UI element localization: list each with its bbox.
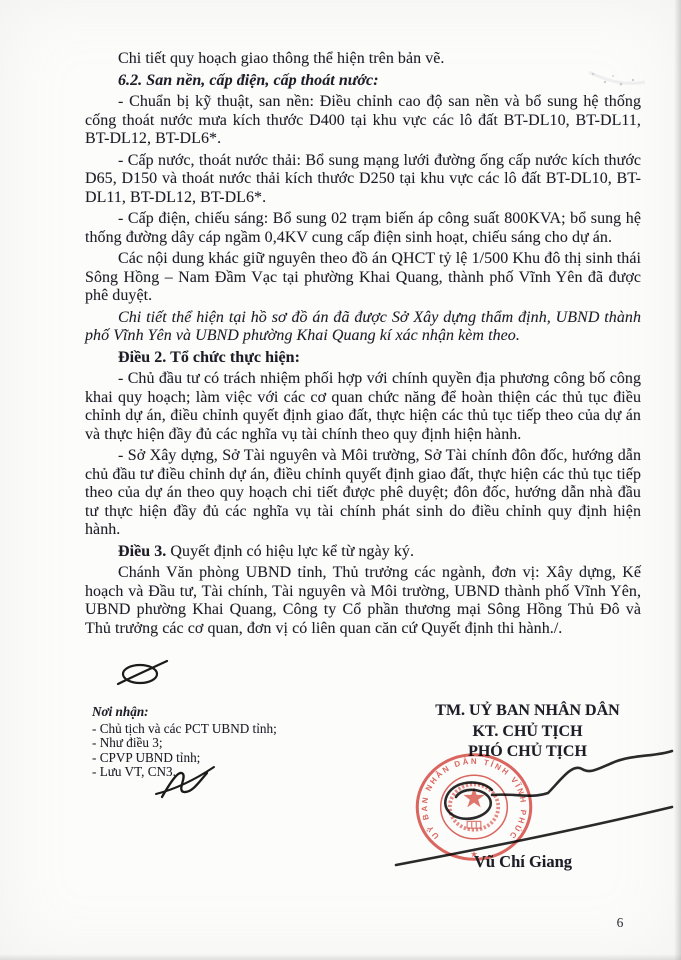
paragraph-intro: Chi tiết quy hoạch giao thông thể hiện t… xyxy=(85,50,641,69)
section-6-2-heading: 6.2. San nền, cấp điện, cấp thoát nước: xyxy=(85,72,641,91)
paragraph-so-xay-dung: - Sở Xây dựng, Sở Tài nguyên và Môi trườ… xyxy=(85,447,641,540)
paper-right-edge xyxy=(674,0,681,960)
page-number: 6 xyxy=(610,915,630,931)
end-of-text-scribble-icon xyxy=(114,658,172,688)
dieu-3-text: Quyết định có hiệu lực kể từ ngày ký. xyxy=(166,543,414,560)
document-page: Chi tiết quy hoạch giao thông thể hiện t… xyxy=(0,0,681,960)
recipient-item: - Như điều 3; xyxy=(92,736,332,751)
scan-smudge-artifact xyxy=(575,52,655,114)
paragraph-cap-nuoc: - Cấp nước, thoát nước thải: Bổ sung mạn… xyxy=(85,152,641,208)
handwritten-initial-icon xyxy=(148,757,248,805)
paper-bottom-edge xyxy=(0,954,681,960)
paragraph-noi-dung-khac: Các nội dung khác giữ nguyên theo đồ án … xyxy=(85,250,641,306)
signer-name: Vũ Chí Giang xyxy=(423,852,623,872)
paragraph-cap-dien: - Cấp điện, chiếu sáng: Bổ sung 02 trạm … xyxy=(85,210,641,247)
dieu-2-heading: Điều 2. Tổ chức thực hiện: xyxy=(85,349,641,368)
recipients-label: Nơi nhận: xyxy=(92,705,332,720)
paragraph-san-nen: - Chuẩn bị kỹ thuật, san nền: Điều chỉnh… xyxy=(85,93,641,149)
authority-line-1: TM. UỶ BAN NHÂN DÂN xyxy=(380,701,675,722)
paragraph-chi-tiet-italic: Chi tiết thể hiện tại hồ sơ đồ án đã đượ… xyxy=(85,309,641,346)
dieu-3-line: Điều 3. Quyết định có hiệu lực kể từ ngà… xyxy=(85,543,641,562)
document-body: Chi tiết quy hoạch giao thông thể hiện t… xyxy=(85,50,641,641)
recipient-item: - Chủ tịch và các PCT UBND tỉnh; xyxy=(92,722,332,737)
paragraph-chanh-van-phong: Chánh Văn phòng UBND tỉnh, Thủ trưởng cá… xyxy=(85,564,641,638)
dieu-3-label: Điều 3. xyxy=(118,543,166,560)
paragraph-chu-dau-tu: - Chủ đầu tư có trách nhiệm phối hợp với… xyxy=(85,370,641,444)
